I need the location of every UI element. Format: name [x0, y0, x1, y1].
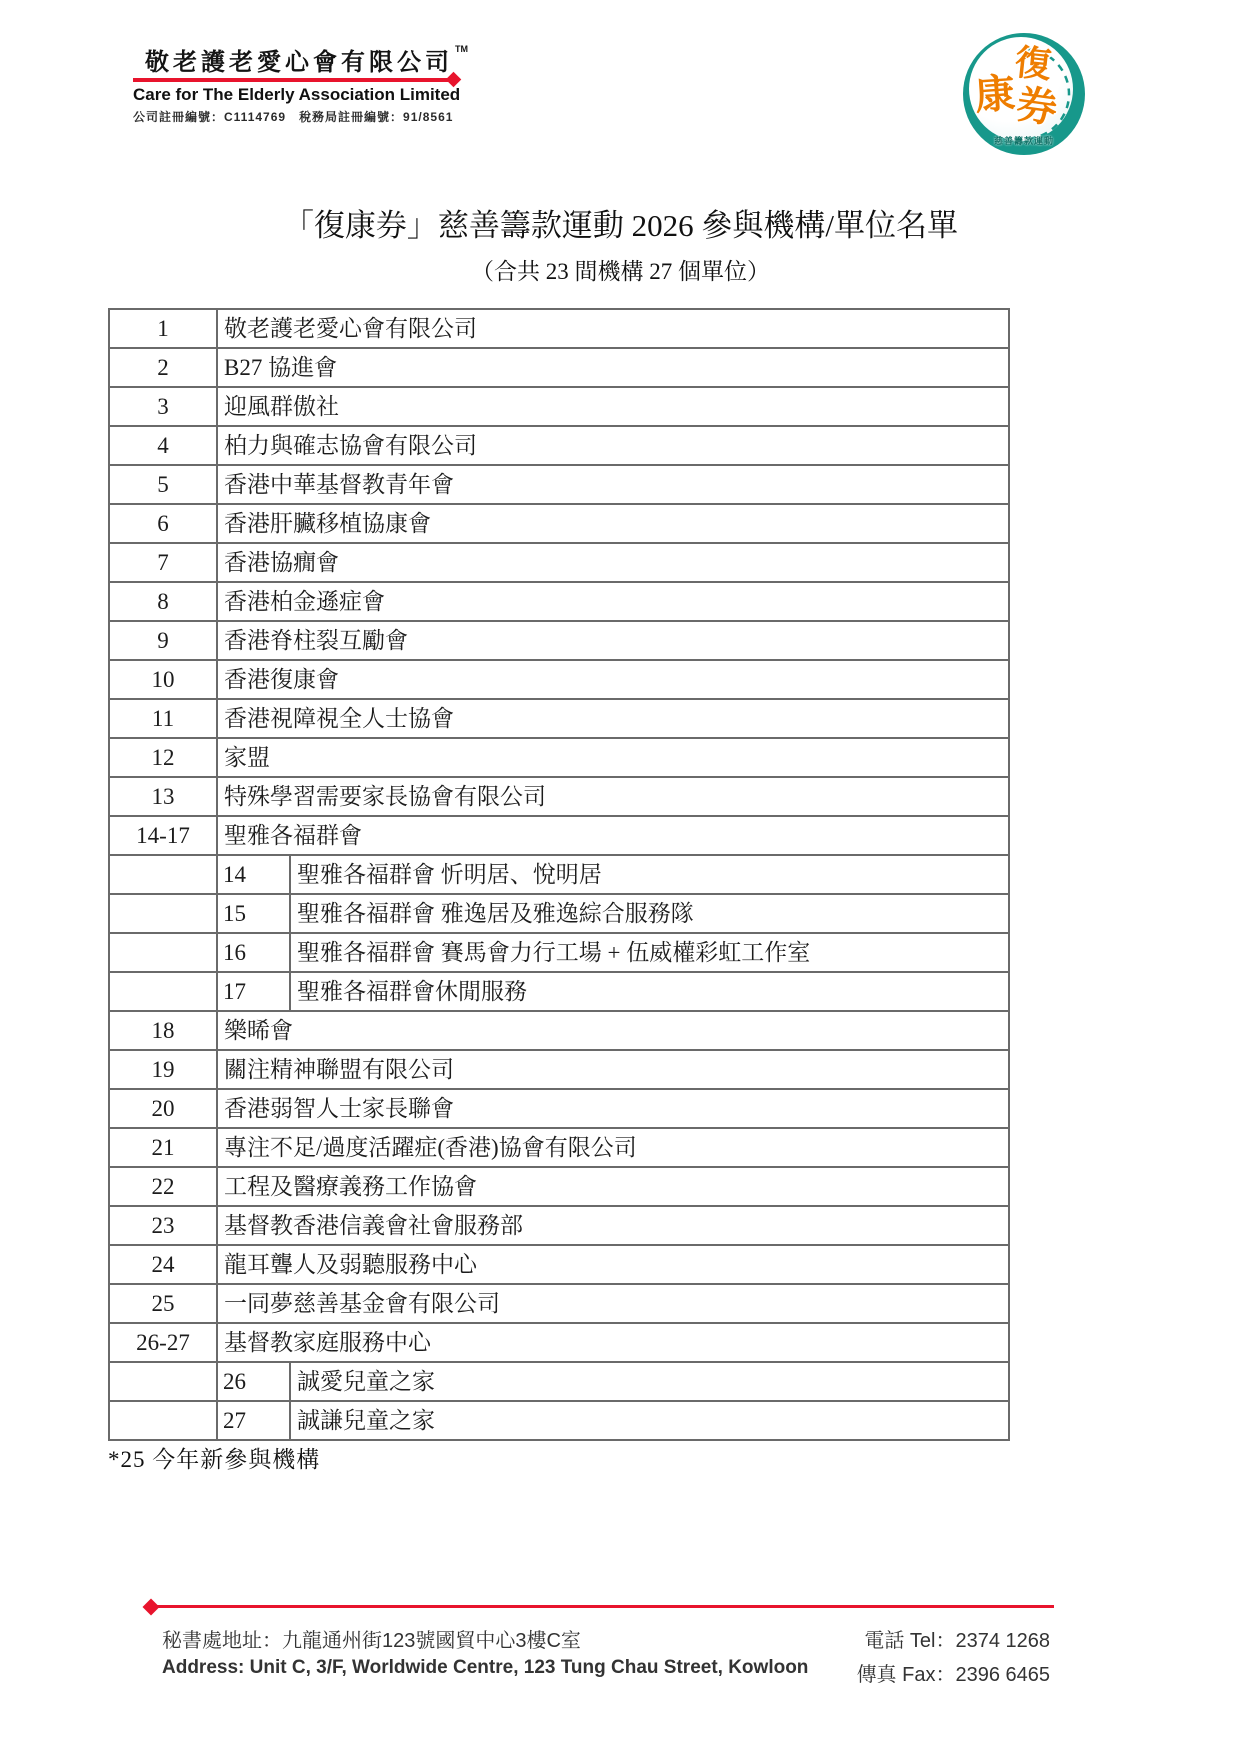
footer-address: 秘書處地址：九龍通州街123號國貿中心3樓C室 Address: Unit C,… [162, 1624, 808, 1679]
org-name: 香港中華基督教青年會 [217, 465, 1009, 504]
association-logo: 敬老護老愛心會有限公司TM Care for The Elderly Assoc… [133, 42, 473, 125]
row-number: 13 [109, 777, 217, 816]
org-name: 專注不足/過度活躍症(香港)協會有限公司 [217, 1128, 1009, 1167]
org-name: 香港肝臟移植協康會 [217, 504, 1009, 543]
table-row: 2B27 協進會 [109, 348, 1009, 387]
table-row: 18樂晞會 [109, 1011, 1009, 1050]
org-name: 樂晞會 [217, 1011, 1009, 1050]
org-name: 香港協癇會 [217, 543, 1009, 582]
row-number: 14 [217, 855, 290, 894]
row-number: 26-27 [109, 1323, 217, 1362]
row-number: 21 [109, 1128, 217, 1167]
row-spacer-cell [109, 894, 217, 933]
row-number: 5 [109, 465, 217, 504]
row-number: 27 [217, 1401, 290, 1440]
org-name: 關注精神聯盟有限公司 [217, 1050, 1009, 1089]
org-name: 龍耳聾人及弱聽服務中心 [217, 1245, 1009, 1284]
row-number: 9 [109, 621, 217, 660]
row-spacer-cell [109, 1401, 217, 1440]
row-number: 4 [109, 426, 217, 465]
org-name: 敬老護老愛心會有限公司 [217, 309, 1009, 348]
row-spacer-cell [109, 855, 217, 894]
org-name: 誠愛兒童之家 [290, 1362, 1009, 1401]
table-row: 13特殊學習需要家長協會有限公司 [109, 777, 1009, 816]
secretariat-address-zh: 秘書處地址：九龍通州街123號國貿中心3樓C室 [162, 1624, 808, 1653]
org-name: B27 協進會 [217, 348, 1009, 387]
table-row: 9香港脊柱裂互勵會 [109, 621, 1009, 660]
row-number: 10 [109, 660, 217, 699]
table-row: 14聖雅各福群會 忻明居、悅明居 [109, 855, 1009, 894]
row-spacer-cell [109, 1362, 217, 1401]
table-row: 15聖雅各福群會 雅逸居及雅逸綜合服務隊 [109, 894, 1009, 933]
new-participant-footnote: *25 今年新參與機構 [108, 1441, 320, 1474]
logo-char-quan: 券 [1014, 84, 1059, 129]
trademark-symbol: TM [455, 44, 468, 54]
table-row: 1敬老護老愛心會有限公司 [109, 309, 1009, 348]
row-number: 22 [109, 1167, 217, 1206]
table-row: 24龍耳聾人及弱聽服務中心 [109, 1245, 1009, 1284]
phone-number: 電話 Tel：2374 1268 [838, 1624, 1050, 1653]
logo-char-kang: 康 [974, 74, 1017, 117]
page-title: 「復康券」慈善籌款運動 2026 參與機構/單位名單 [0, 200, 1241, 245]
org-name: 迎風群傲社 [217, 387, 1009, 426]
table-row: 7香港協癇會 [109, 543, 1009, 582]
page: { "header": { "org_name_zh": "敬老護老愛心會有限公… [0, 0, 1241, 1755]
table-row: 19關注精神聯盟有限公司 [109, 1050, 1009, 1089]
table-row: 22工程及醫療義務工作協會 [109, 1167, 1009, 1206]
fax-number: 傳真 Fax：2396 6465 [838, 1658, 1050, 1687]
org-name: 香港脊柱裂互勵會 [217, 621, 1009, 660]
row-number: 24 [109, 1245, 217, 1284]
table-row: 27誠謙兒童之家 [109, 1401, 1009, 1440]
row-number: 25 [109, 1284, 217, 1323]
org-name: 聖雅各福群會 [217, 816, 1009, 855]
participant-table: 1敬老護老愛心會有限公司2B27 協進會3迎風群傲社4柏力與確志協會有限公司5香… [108, 308, 1010, 1441]
row-number: 14-17 [109, 816, 217, 855]
row-number: 12 [109, 738, 217, 777]
row-number: 6 [109, 504, 217, 543]
row-spacer-cell [109, 972, 217, 1011]
association-name-zh-text: 敬老護老愛心會有限公司 [145, 49, 453, 76]
association-name-zh: 敬老護老愛心會有限公司TM [133, 42, 473, 77]
org-name: 誠謙兒童之家 [290, 1401, 1009, 1440]
org-name: 香港視障視全人士協會 [217, 699, 1009, 738]
org-name: 家盟 [217, 738, 1009, 777]
row-number: 1 [109, 309, 217, 348]
table-row: 11香港視障視全人士協會 [109, 699, 1009, 738]
table-row: 20香港弱智人士家長聯會 [109, 1089, 1009, 1128]
diamond-icon [143, 1598, 160, 1615]
org-name: 聖雅各福群會休閒服務 [290, 972, 1009, 1011]
table-row: 23基督教香港信義會社會服務部 [109, 1206, 1009, 1245]
org-name: 香港復康會 [217, 660, 1009, 699]
row-spacer-cell [109, 933, 217, 972]
page-subtitle: （合共 23 間機構 27 個單位） [0, 253, 1241, 286]
row-number: 16 [217, 933, 290, 972]
registration-numbers: 公司註冊編號：C1114769 稅務局註冊編號：91/8561 [133, 108, 473, 125]
row-number: 15 [217, 894, 290, 933]
logo-red-rule [133, 78, 453, 82]
footer-contacts: 電話 Tel：2374 1268 傳真 Fax：2396 6465 [838, 1624, 1050, 1687]
association-name-en: Care for The Elderly Association Limited [133, 85, 473, 105]
row-number: 7 [109, 543, 217, 582]
table-row: 25一同夢慈善基金會有限公司 [109, 1284, 1009, 1323]
row-number: 18 [109, 1011, 217, 1050]
footer-red-rule [150, 1605, 1054, 1608]
row-number: 3 [109, 387, 217, 426]
row-number: 23 [109, 1206, 217, 1245]
table-row: 21專注不足/過度活躍症(香港)協會有限公司 [109, 1128, 1009, 1167]
org-name: 香港柏金遜症會 [217, 582, 1009, 621]
table-row: 10香港復康會 [109, 660, 1009, 699]
table-row: 3迎風群傲社 [109, 387, 1009, 426]
org-name: 聖雅各福群會 雅逸居及雅逸綜合服務隊 [290, 894, 1009, 933]
logo-char-fu: 復 [1013, 44, 1053, 84]
rehab-voucher-logo: 復 康 券 慈善籌款運動 [963, 33, 1085, 155]
org-name: 聖雅各福群會 忻明居、悅明居 [290, 855, 1009, 894]
row-number: 8 [109, 582, 217, 621]
table-row: 26誠愛兒童之家 [109, 1362, 1009, 1401]
org-name: 基督教家庭服務中心 [217, 1323, 1009, 1362]
org-name: 香港弱智人士家長聯會 [217, 1089, 1009, 1128]
table-row: 8香港柏金遜症會 [109, 582, 1009, 621]
row-number: 11 [109, 699, 217, 738]
org-name: 聖雅各福群會 賽馬會力行工場 + 伍威權彩虹工作室 [290, 933, 1009, 972]
org-name: 特殊學習需要家長協會有限公司 [217, 777, 1009, 816]
table-row: 5香港中華基督教青年會 [109, 465, 1009, 504]
row-number: 19 [109, 1050, 217, 1089]
row-number: 26 [217, 1362, 290, 1401]
table-row: 26-27基督教家庭服務中心 [109, 1323, 1009, 1362]
org-name: 柏力與確志協會有限公司 [217, 426, 1009, 465]
org-name: 工程及醫療義務工作協會 [217, 1167, 1009, 1206]
org-name: 基督教香港信義會社會服務部 [217, 1206, 1009, 1245]
logo-tagline: 慈善籌款運動 [994, 134, 1054, 147]
org-table-body: 1敬老護老愛心會有限公司2B27 協進會3迎風群傲社4柏力與確志協會有限公司5香… [109, 309, 1009, 1440]
table-row: 16聖雅各福群會 賽馬會力行工場 + 伍威權彩虹工作室 [109, 933, 1009, 972]
row-number: 20 [109, 1089, 217, 1128]
table-row: 12家盟 [109, 738, 1009, 777]
table-row: 17聖雅各福群會休閒服務 [109, 972, 1009, 1011]
row-number: 17 [217, 972, 290, 1011]
table-row: 14-17聖雅各福群會 [109, 816, 1009, 855]
table-row: 4柏力與確志協會有限公司 [109, 426, 1009, 465]
org-name: 一同夢慈善基金會有限公司 [217, 1284, 1009, 1323]
table-row: 6香港肝臟移植協康會 [109, 504, 1009, 543]
row-number: 2 [109, 348, 217, 387]
secretariat-address-en: Address: Unit C, 3/F, Worldwide Centre, … [162, 1657, 808, 1679]
